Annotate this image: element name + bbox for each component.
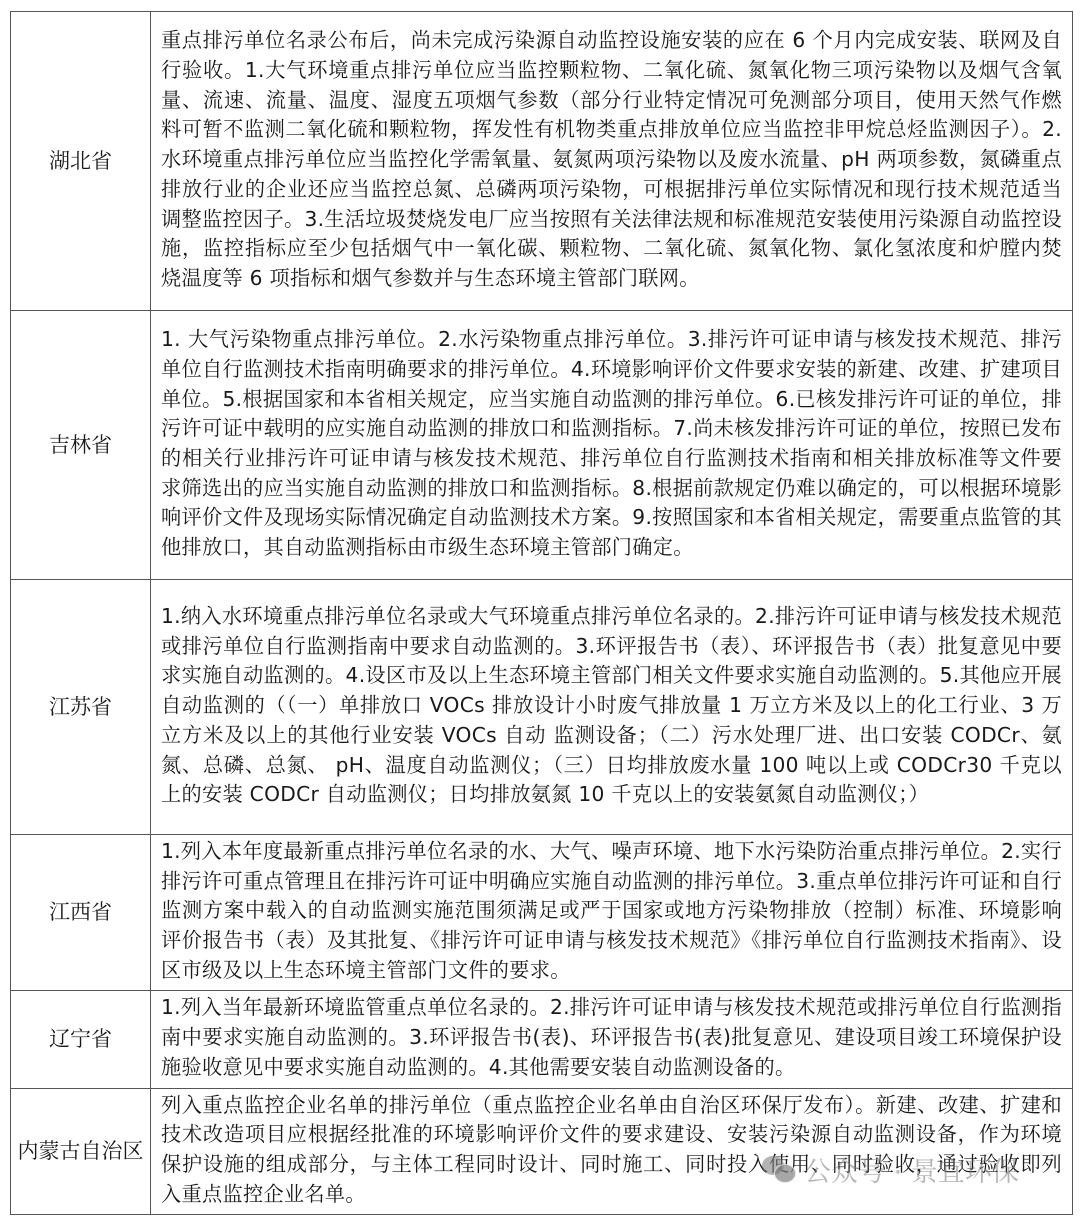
province-cell: 江西省 [11,835,151,991]
province-cell: 辽宁省 [11,990,151,1088]
province-cell: 江苏省 [11,580,151,835]
table-row: 内蒙古自治区 列入重点监控企业名单的排污单位（重点监控企业名单由自治区环保厅发布… [11,1088,1073,1214]
province-cell: 湖北省 [11,12,151,311]
table-row: 辽宁省 1.列入当年最新环境监管重点单位名录的。2.排污许可证申请与核发技术规范… [11,990,1073,1088]
table-row: 吉林省 1. 大气污染物重点排污单位。2.水污染物重点排污单位。3.排污许可证申… [11,311,1073,580]
requirement-cell: 1.纳入水环境重点排污单位名录或大气环境重点排污单位名录的。2.排污许可证申请与… [151,580,1073,835]
requirement-cell: 1.列入本年度最新重点排污单位名录的水、大气、噪声环境、地下水污染防治重点排污单… [151,835,1073,991]
province-requirements-table: 湖北省 重点排污单位名录公布后，尚未完成污染源自动监控设施安装的应在 6 个月内… [10,11,1073,1215]
requirement-cell: 1.列入当年最新环境监管重点单位名录的。2.排污许可证申请与核发技术规范或排污单… [151,990,1073,1088]
province-cell: 内蒙古自治区 [11,1088,151,1214]
table-row: 江西省 1.列入本年度最新重点排污单位名录的水、大气、噪声环境、地下水污染防治重… [11,835,1073,991]
requirement-cell: 列入重点监控企业名单的排污单位（重点监控企业名单由自治区环保厅发布）。新建、改建… [151,1088,1073,1214]
requirement-cell: 1. 大气污染物重点排污单位。2.水污染物重点排污单位。3.排污许可证申请与核发… [151,311,1073,580]
table-row: 湖北省 重点排污单位名录公布后，尚未完成污染源自动监控设施安装的应在 6 个月内… [11,12,1073,311]
province-cell: 吉林省 [11,311,151,580]
table-row: 江苏省 1.纳入水环境重点排污单位名录或大气环境重点排污单位名录的。2.排污许可… [11,580,1073,835]
requirement-cell: 重点排污单位名录公布后，尚未完成污染源自动监控设施安装的应在 6 个月内完成安装… [151,12,1073,311]
